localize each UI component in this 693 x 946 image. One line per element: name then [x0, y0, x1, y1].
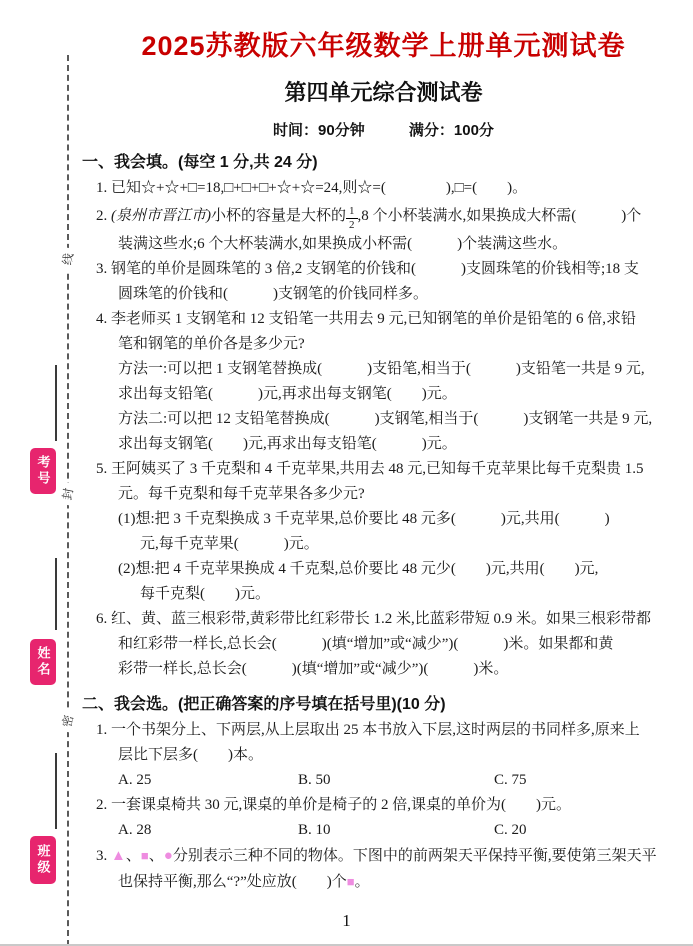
q2-text-pre: 小杯的容量是大杯的 — [211, 208, 346, 224]
q3-text: 分别表示三种不同的物体。下图中的前两架天平保持平衡,要使第三架天平 — [173, 848, 657, 864]
q3-end: 。 — [355, 874, 370, 890]
option-b: B. 10 — [298, 818, 494, 843]
s2-q1-line2: 层比下层多( )本。 — [82, 743, 685, 768]
option-a: A. 28 — [118, 818, 298, 843]
section1-heading: 一、我会填。(每空 1 分,共 24 分) — [82, 149, 685, 176]
name-label: 姓名 — [30, 639, 56, 685]
class-write-line — [55, 753, 57, 829]
s1-q4-method1-line2: 求出每支铅笔( )元,再求出每支钢笔( )元。 — [82, 382, 685, 407]
full-score: 满分：100分 — [409, 122, 494, 139]
separator: 、 — [126, 848, 141, 864]
name-write-line — [55, 558, 57, 630]
test-paper-page: { "header": { "title": "2025苏教版六年级数学上册单元… — [0, 0, 693, 946]
s1-q6-line2: 和红彩带一样长,总长会( )(填“增加”或“减少”)( )米。如果都和黄 — [82, 632, 685, 657]
section2-heading: 二、我会选。(把正确答案的序号填在括号里)(10 分) — [82, 691, 685, 718]
square-icon: ■ — [347, 874, 355, 889]
option-c: C. 75 — [494, 768, 527, 793]
s2-q1-options: A. 25B. 50C. 75 — [82, 768, 685, 793]
seal-char-xian: 线 — [59, 247, 77, 271]
paper-title: 2025苏教版六年级数学上册单元测试卷 — [82, 24, 685, 63]
fraction-denominator: 2 — [346, 218, 358, 231]
time-limit: 时间：90分钟 — [273, 122, 365, 139]
exam-number-write-line — [55, 365, 57, 441]
s1-q4-method2-line2: 求出每支钢笔( )元,再求出每支铅笔( )元。 — [82, 432, 685, 457]
s2-q3-line2: 也保持平衡,那么“?”处应放( )个■。 — [82, 869, 685, 895]
s1-q5-line1: 5. 王阿姨买了 3 千克梨和 4 千克苹果,共用去 48 元,已知每千克苹果比… — [82, 457, 685, 482]
option-a: A. 25 — [118, 768, 298, 793]
paper-meta: 时间：90分钟 满分：100分 — [82, 119, 685, 140]
exam-number-label: 考号 — [30, 448, 56, 494]
s1-q4-method2-line1: 方法二:可以把 12 支铅笔替换成( )支钢笔,相当于( )支钢笔一共是 9 元… — [82, 407, 685, 432]
circle-icon: ● — [164, 848, 173, 864]
q2-text-post: ,8 个小杯装满水,如果换成大杯需( )个 — [358, 208, 642, 224]
s1-q5-line2: 元。每千克梨和每千克苹果各多少元? — [82, 482, 685, 507]
option-b: B. 50 — [298, 768, 494, 793]
s1-q1-line: 1. 已知☆+☆+□=18,□+□+□+☆+☆=24,则☆=( ),□=( )。 — [82, 176, 685, 201]
s1-q2-line2: 装满这些水;6 个大杯装满水,如果换成小杯需( )个装满这些水。 — [82, 232, 685, 257]
separator: 、 — [149, 848, 164, 864]
s1-q4-method1-line1: 方法一:可以把 1 支钢笔替换成( )支铅笔,相当于( )支铅笔一共是 9 元, — [82, 357, 685, 382]
s1-q4-line1: 4. 李老师买 1 支钢笔和 12 支铅笔一共用去 9 元,已知钢笔的单价是铅笔… — [82, 307, 685, 332]
seal-char-feng: 封 — [59, 482, 77, 506]
q2-number: 2. — [96, 208, 111, 224]
s1-q5-sub2-line1: (2)想:把 4 千克苹果换成 4 千克梨,总价要比 48 元少( )元,共用(… — [82, 557, 685, 582]
s2-q2-options: A. 28B. 10C. 20 — [82, 818, 685, 843]
s1-q5-sub1-line2: 元,每千克苹果( )元。 — [82, 532, 685, 557]
s1-q3-line2: 圆珠笔的价钱和( )支钢笔的价钱同样多。 — [82, 282, 685, 307]
seal-char-mi: 密 — [59, 709, 77, 733]
s2-q2-line1: 2. 一套课桌椅共 30 元,课桌的单价是椅子的 2 倍,课桌的单价为( )元。 — [82, 793, 685, 818]
s1-q4-line2: 笔和钢笔的单价各是多少元? — [82, 332, 685, 357]
s1-q3-line1: 3. 钢笔的单价是圆珠笔的 3 倍,2 支钢笔的价钱和( )支圆珠笔的价钱相等;… — [82, 257, 685, 282]
paper-content: 2025苏教版六年级数学上册单元测试卷 第四单元综合测试卷 时间：90分钟 满分… — [82, 0, 685, 895]
s2-q3-line1: 3. ▲、■、●分别表示三种不同的物体。下图中的前两架天平保持平衡,要使第三架天… — [82, 843, 685, 869]
option-c: C. 20 — [494, 818, 527, 843]
q3-number: 3. — [96, 848, 111, 864]
s1-q6-line3: 彩带一样长,总长会( )(填“增加”或“减少”)( )米。 — [82, 657, 685, 682]
square-icon: ■ — [141, 848, 149, 863]
fraction-one-half: 12 — [346, 206, 358, 231]
s1-q5-sub1-line1: (1)想:把 3 千克梨换成 3 千克苹果,总价要比 48 元多( )元,共用(… — [82, 507, 685, 532]
page-number: 1 — [0, 911, 693, 931]
s1-q6-line1: 6. 红、黄、蓝三根彩带,黄彩带比红彩带长 1.2 米,比蓝彩带短 0.9 米。… — [82, 607, 685, 632]
q3-text2: 也保持平衡,那么“?”处应放( )个 — [118, 874, 347, 890]
triangle-icon: ▲ — [111, 848, 126, 864]
s2-q1-line1: 1. 一个书架分上、下两层,从上层取出 25 本书放入下层,这时两层的书同样多,… — [82, 718, 685, 743]
fraction-numerator: 1 — [346, 206, 358, 218]
s1-q2-line1: 2. (泉州市晋江市)小杯的容量是大杯的12,8 个小杯装满水,如果换成大杯需(… — [82, 201, 685, 232]
paper-subtitle: 第四单元综合测试卷 — [82, 76, 685, 107]
s1-q5-sub2-line2: 每千克梨( )元。 — [82, 582, 685, 607]
class-label: 班级 — [30, 836, 56, 884]
q2-source: (泉州市晋江市) — [111, 208, 211, 224]
